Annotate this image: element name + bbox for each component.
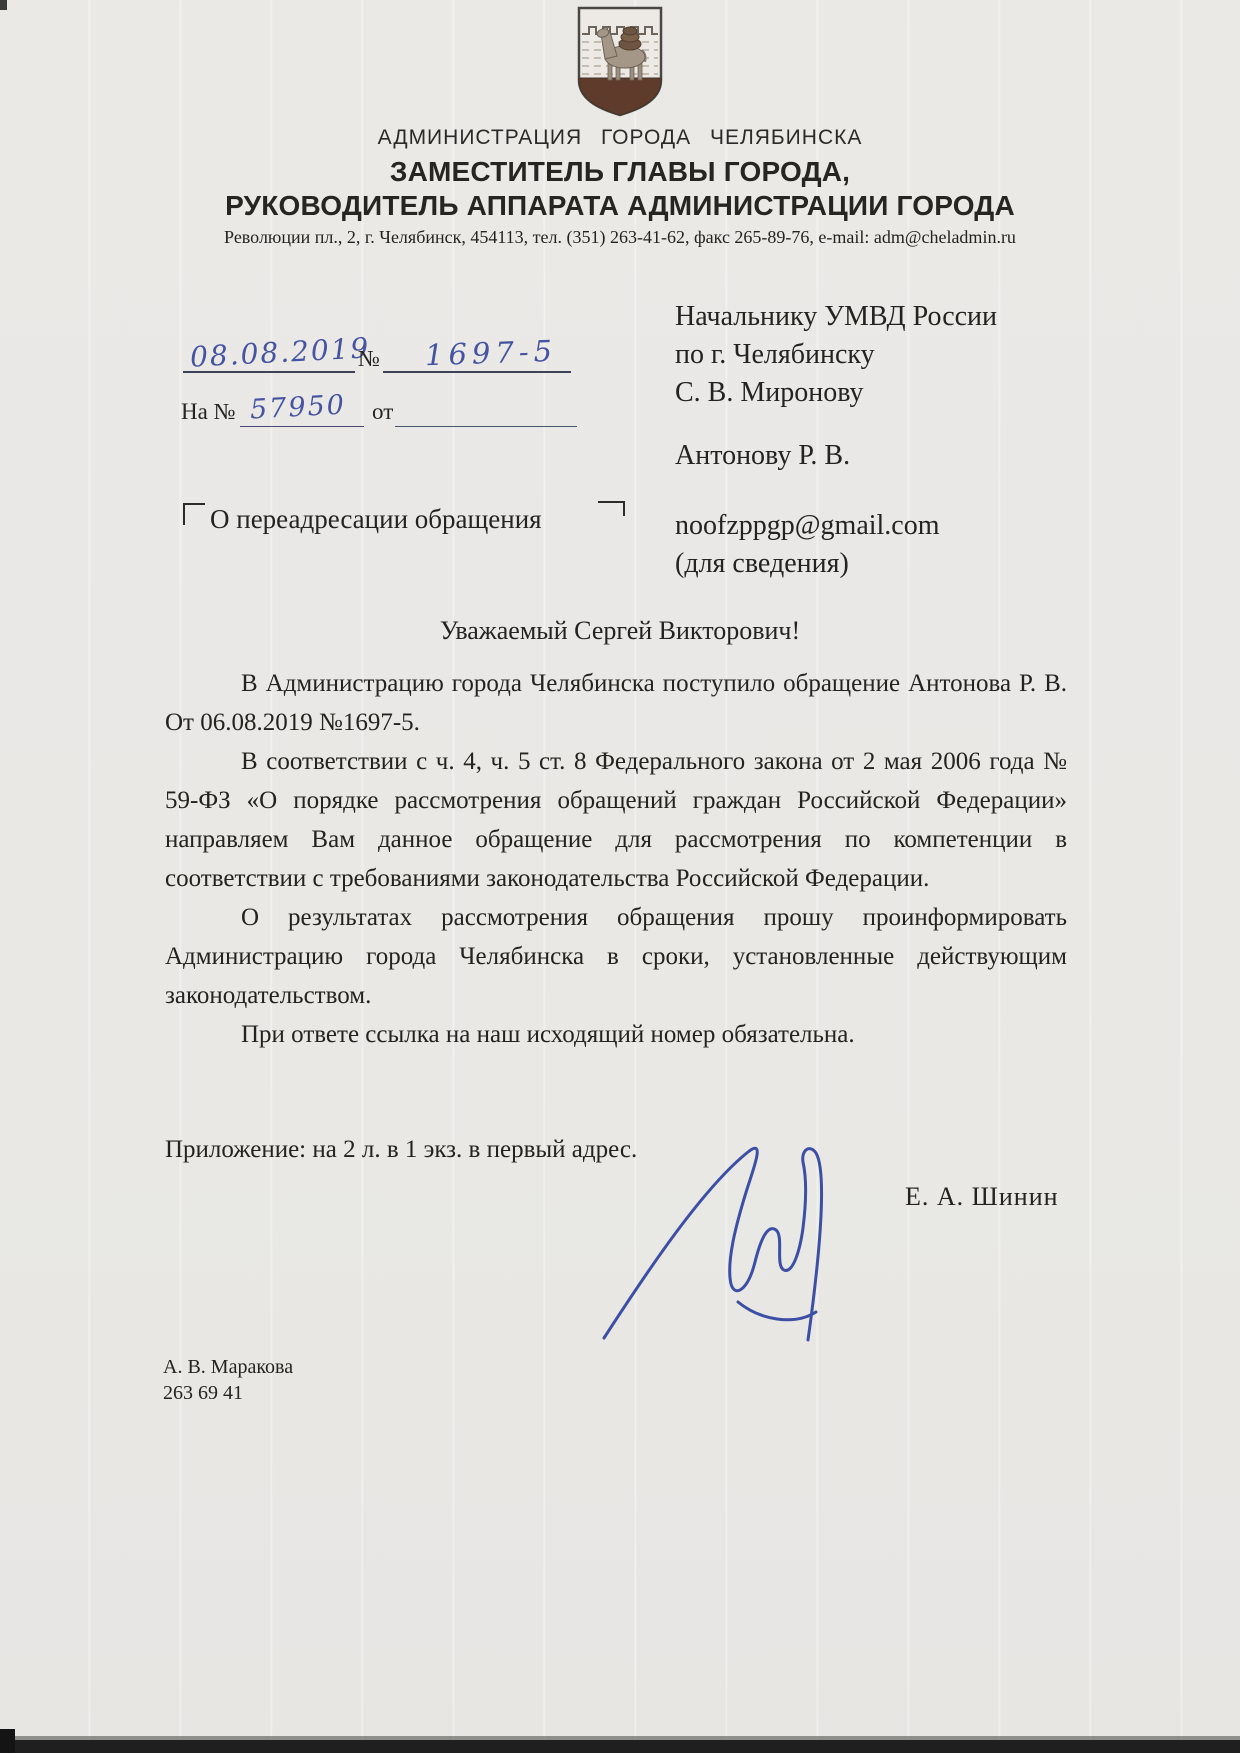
body-paragraph-2: В соответствии с ч. 4, ч. 5 ст. 8 Федера… [165,742,1067,898]
letter-body: В Администрацию города Челябинска поступ… [165,664,1067,1054]
salutation: Уважаемый Сергей Викторович! [0,616,1240,646]
recipient-line-1: Начальнику УМВД России [675,301,997,333]
executor-phone: 263 69 41 [163,1382,243,1405]
subject-left-corner-mark [183,503,205,525]
body-paragraph-4: При ответе ссылка на наш исходящий номер… [165,1015,1067,1054]
body-paragraph-1: В Администрацию города Челябинска поступ… [165,664,1067,742]
official-title-line-1: ЗАМЕСТИТЕЛЬ ГЛАВЫ ГОРОДА, [0,156,1240,188]
outgoing-date-handwritten: 08.08.2019 [189,331,371,373]
incoming-number-label: На № [181,399,236,425]
number-sign-label: № [358,346,380,372]
organization-name: АДМИНИСТРАЦИЯ ГОРОДА ЧЕЛЯБИНСКА [0,126,1240,150]
outgoing-number-underline [383,371,571,373]
signer-name: Е. А. Шинин [905,1182,1059,1212]
executor-name: А. В. Маракова [163,1356,293,1379]
attachment-line: Приложение: на 2 л. в 1 экз. в первый ад… [165,1136,637,1164]
scan-edge-artifact-bottom-left [0,1729,15,1753]
subject-line: О переадресации обращения [210,504,542,535]
recipient-second-addressee: Антонову Р. В. [675,440,850,472]
incoming-from-underline [395,426,577,427]
recipient-email: noofzppgp@gmail.com [675,510,940,542]
handwritten-signature [598,1140,893,1345]
subject-right-corner-mark [598,501,625,516]
incoming-from-label: от [372,399,393,425]
outgoing-number-handwritten: 1697-5 [424,334,557,373]
scanned-letter-page: АДМИНИСТРАЦИЯ ГОРОДА ЧЕЛЯБИНСКА ЗАМЕСТИТ… [0,0,1240,1753]
city-coat-of-arms-camel-emblem [572,4,668,118]
recipient-line-3: С. В. Миронову [675,377,863,409]
outgoing-date-underline [183,371,355,373]
official-title-line-2: РУКОВОДИТЕЛЬ АППАРАТА АДМИНИСТРАЦИИ ГОРО… [0,190,1240,222]
incoming-number-underline [240,426,364,427]
body-paragraph-3: О результатах рассмотрения обращения про… [165,898,1067,1015]
scan-edge-artifact-top-left [0,0,7,10]
incoming-number-handwritten: 57950 [249,390,346,426]
recipient-line-2: по г. Челябинску [675,339,875,371]
scan-edge-bottom [0,1740,1240,1753]
contact-line: Революции пл., 2, г. Челябинск, 454113, … [0,227,1240,248]
recipient-email-note: (для сведения) [675,548,849,580]
